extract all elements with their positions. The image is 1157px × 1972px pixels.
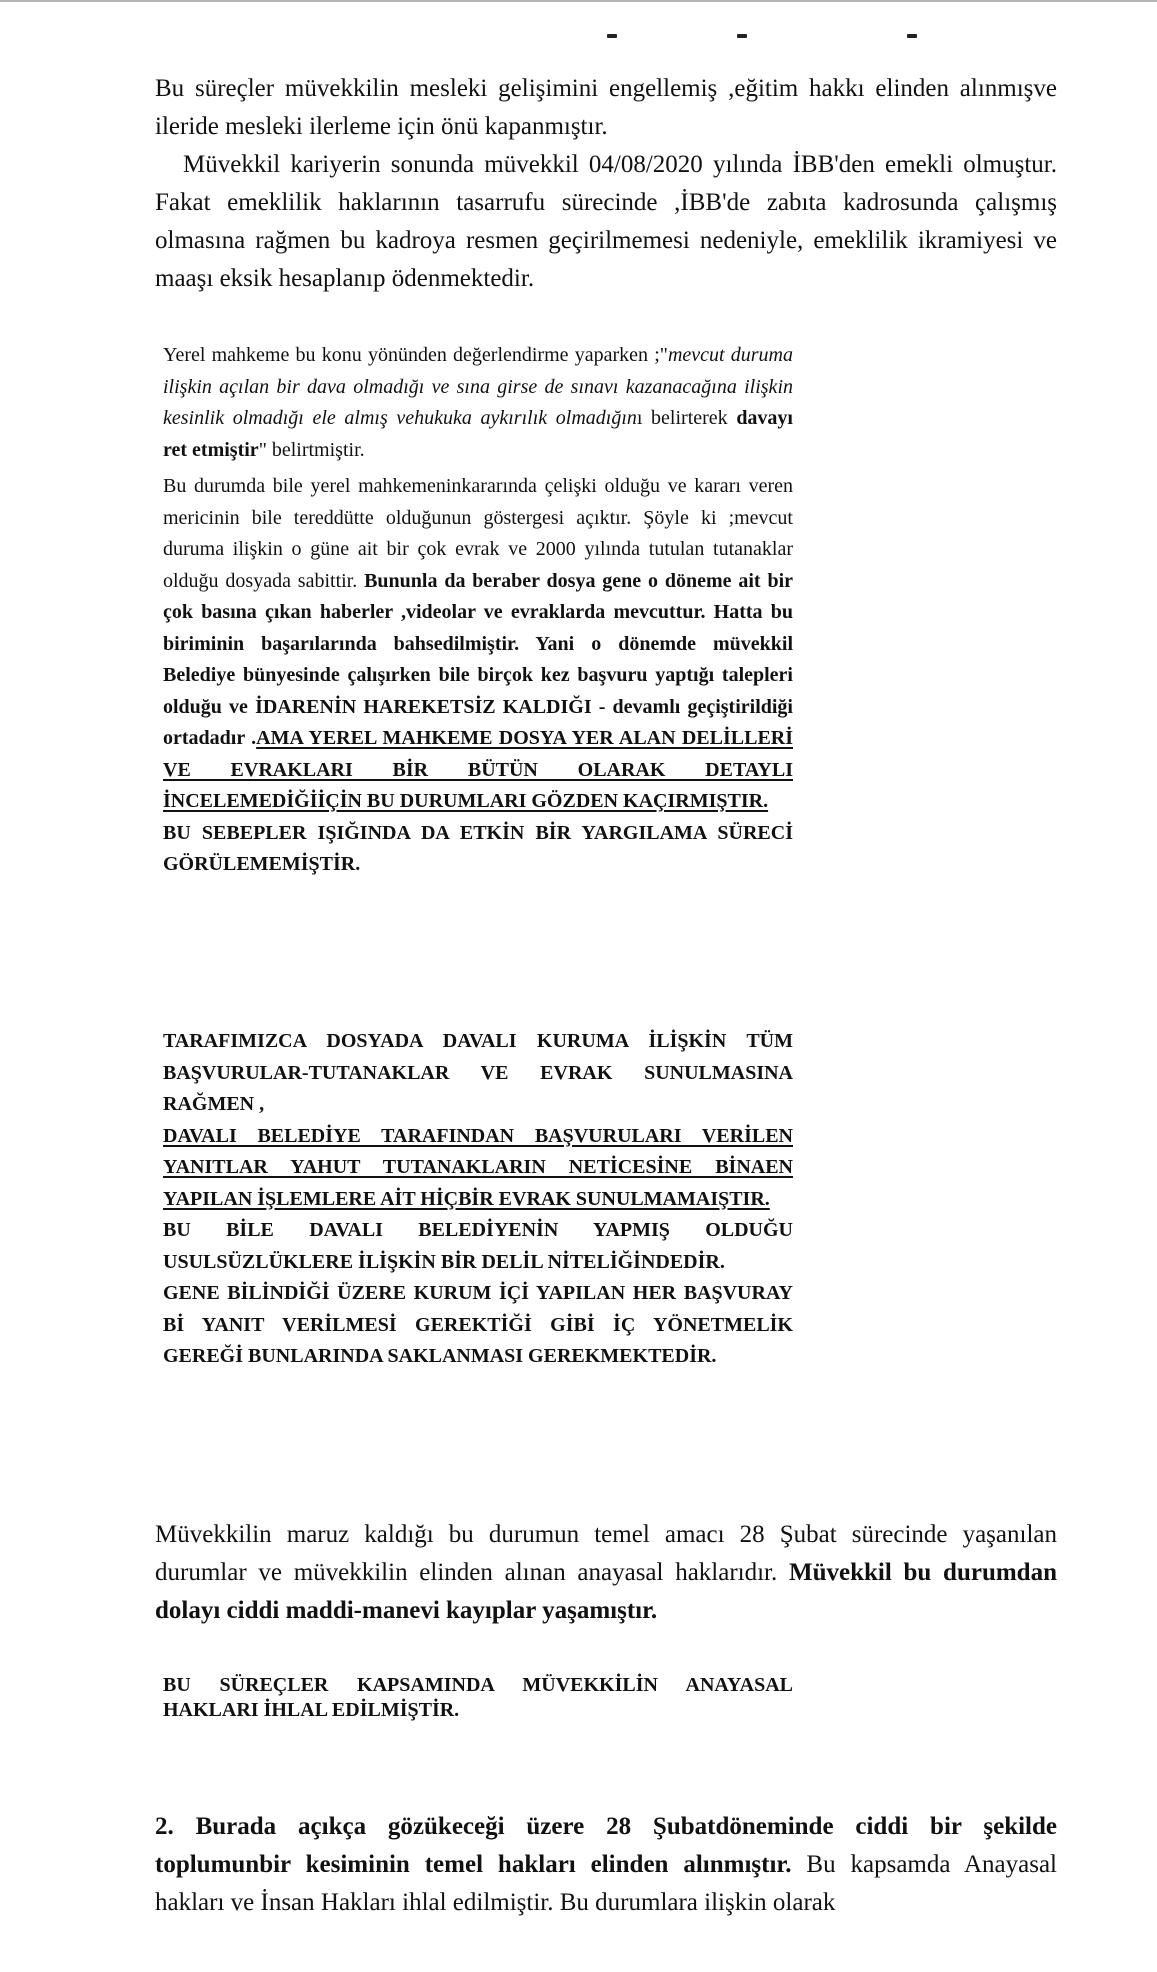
paragraph-section-2: 2. Burada açıkça gözükeceği üzere 28 Şub… xyxy=(155,1808,1057,1922)
paragraph-28-subat: Müvekkilin maruz kaldığı bu durumun teme… xyxy=(155,1516,1057,1630)
paragraph-retirement: Müvekkil kariyerin sonunda müvekkil 04/0… xyxy=(155,146,1057,298)
emphasis-bold: BU SEBEPLER IŞIĞINDA DA ETKİN BİR YARGIL… xyxy=(163,822,793,876)
emphasis-bold: Bununla da beraber dosya gene o döneme a… xyxy=(163,570,793,750)
page-top-border xyxy=(0,0,1157,2)
text: " belirtmiştir. xyxy=(259,439,365,461)
emphasis-bold-underline: DAVALI BELEDİYE TARAFINDAN BAŞVURULARI V… xyxy=(163,1125,793,1210)
emphasis-bold: BU SÜREÇLER KAPSAMINDA MÜVEKKİLİN ANAYAS… xyxy=(163,1674,793,1721)
block-constitutional-rights: BU SÜREÇLER KAPSAMINDA MÜVEKKİLİN ANAYAS… xyxy=(163,1673,793,1723)
cut-off-previous-line xyxy=(155,34,1057,42)
block-contradiction: Bu durumda bile yerel mahkemeninkararınd… xyxy=(163,471,793,881)
emphasis-bold: TARAFIMIZCA DOSYADA DAVALI KURUMA İLİŞKİ… xyxy=(163,1030,793,1115)
text: ı belirterek xyxy=(637,407,736,429)
emphasis-bold: BU BİLE DAVALI BELEDİYENİN YAPMIŞ OLDUĞU… xyxy=(163,1219,793,1273)
block-local-court-ruling: Yerel mahkeme bu konu yönünden değerlend… xyxy=(163,340,793,466)
emphasis-bold-underline: AMA YEREL MAHKEME DOSYA YER ALAN DELİLLE… xyxy=(163,727,793,812)
paragraph-career-obstruction: Bu süreçler müvekkilin mesleki gelişimin… xyxy=(155,70,1057,146)
block-submitted-documents: TARAFIMIZCA DOSYADA DAVALI KURUMA İLİŞKİ… xyxy=(163,1026,793,1373)
emphasis-bold: GENE BİLİNDİĞİ ÜZERE KURUM İÇİ YAPILAN H… xyxy=(163,1282,793,1367)
text: Yerel mahkeme bu konu yönünden değerlend… xyxy=(163,344,668,366)
